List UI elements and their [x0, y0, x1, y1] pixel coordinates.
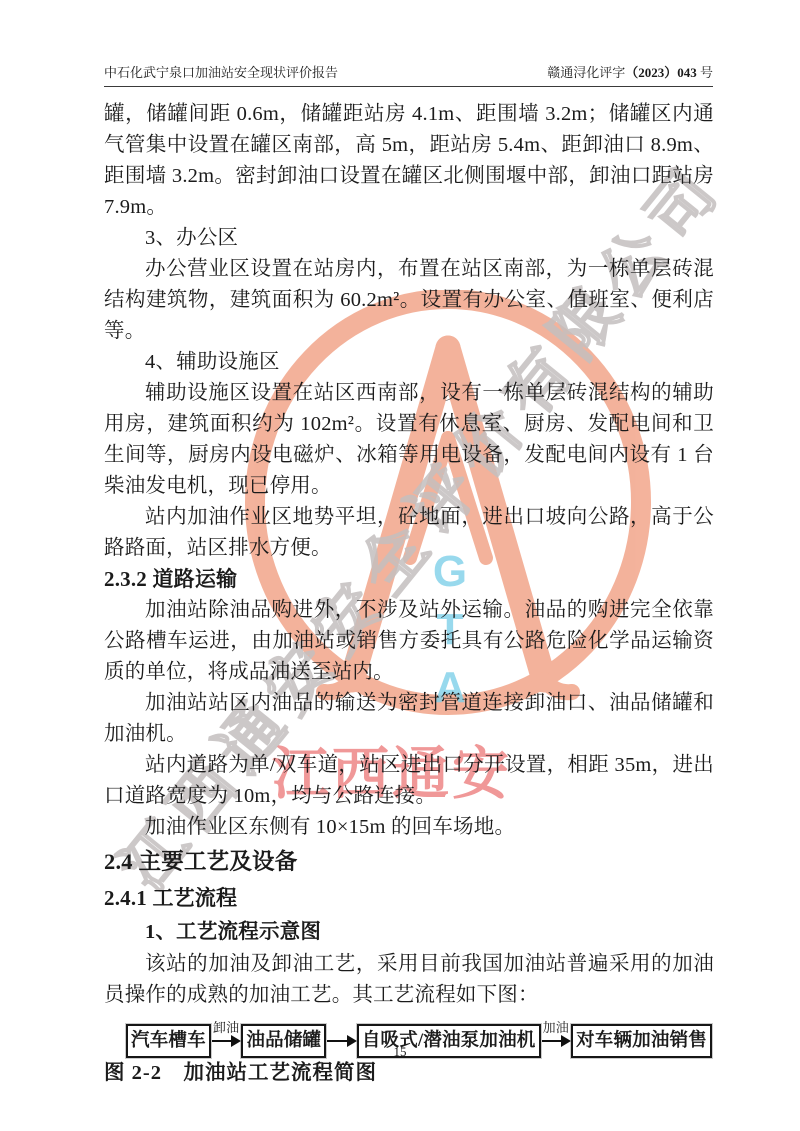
header-doc-number-bold: （2023）043	[625, 65, 697, 80]
paragraph-process-intro: 该站的加油及卸油工艺，采用目前我国加油站普遍采用的加油员操作的成熟的加油工艺。其…	[104, 949, 714, 1011]
paragraph-auxiliary-area: 辅助设施区设置在站区西南部，设有一栋单层砖混结构的辅助用房，建筑面积约为 102…	[104, 378, 714, 502]
heading-2-4-main-process-equipment: 2.4 主要工艺及设备	[104, 843, 714, 880]
arrow-right-icon	[212, 1040, 233, 1042]
paragraph-site-roads: 站内道路为单/双车道，站区进出口分开设置，相距 35m，进出口道路宽度为 10m…	[104, 750, 714, 812]
document-body: 罐，储罐间距 0.6m，储罐距站房 4.1m、距围墙 3.2m；储罐区内通气管集…	[104, 99, 714, 1089]
list-item-auxiliary-area: 4、辅助设施区	[104, 347, 714, 378]
flow-arrow-unload: 卸油	[212, 1040, 241, 1042]
paragraph-site-terrain: 站内加油作业区地势平坦，砼地面，进出口坡向公路，高于公路路面，站区排水方便。	[104, 502, 714, 564]
header-doc-number-suffix: 号	[697, 65, 713, 80]
report-page: 江西通安安全评价有限公司 G T A 江西通安 中石化武宁泉口加油站安全现状评价…	[0, 0, 800, 1131]
paragraph-transport-by-tanker: 加油站除油品购进外，不涉及站外运输。油品的购进完全依靠公路槽车运进，由加油站或销…	[104, 595, 714, 688]
paragraph-turnaround-area: 加油作业区东侧有 10×15m 的回车场地。	[104, 812, 714, 843]
list-item-office-area: 3、办公区	[104, 223, 714, 254]
header-report-title: 中石化武宁泉口加油站安全现状评价报告	[104, 62, 338, 81]
heading-2-3-2-road-transport: 2.3.2 道路运输	[104, 564, 714, 595]
flow-arrow-unload-label: 卸油	[213, 1021, 239, 1035]
heading-process-flow-schematic: 1、工艺流程示意图	[104, 916, 714, 949]
flow-arrow-refuel-label: 加油	[543, 1021, 569, 1035]
paragraph-pipeline-transfer: 加油站站区内油品的输送为密封管道连接卸油口、油品储罐和加油机。	[104, 688, 714, 750]
flow-arrow-plain	[327, 1040, 356, 1042]
paragraph-office-area: 办公营业区设置在站房内，布置在站区南部，为一栋单层砖混结构建筑物，建筑面积为 6…	[104, 254, 714, 347]
heading-2-4-1-process-flow: 2.4.1 工艺流程	[104, 880, 714, 916]
header-doc-number: 赣通浔化评字（2023）043 号	[547, 62, 713, 81]
arrow-right-icon	[542, 1040, 563, 1042]
paragraph-tank-area-continued: 罐，储罐间距 0.6m，储罐距站房 4.1m、距围墙 3.2m；储罐区内通气管集…	[104, 99, 714, 223]
header-doc-number-prefix: 赣通浔化评字	[547, 65, 625, 80]
page-header: 中石化武宁泉口加油站安全现状评价报告 赣通浔化评字（2023）043 号	[104, 62, 713, 81]
header-rule	[104, 86, 713, 87]
page-number: 15	[0, 1044, 800, 1060]
arrow-right-icon	[327, 1040, 348, 1042]
figure-caption: 图 2-2 加油站工艺流程简图	[104, 1058, 714, 1089]
flow-arrow-refuel: 加油	[542, 1040, 571, 1042]
